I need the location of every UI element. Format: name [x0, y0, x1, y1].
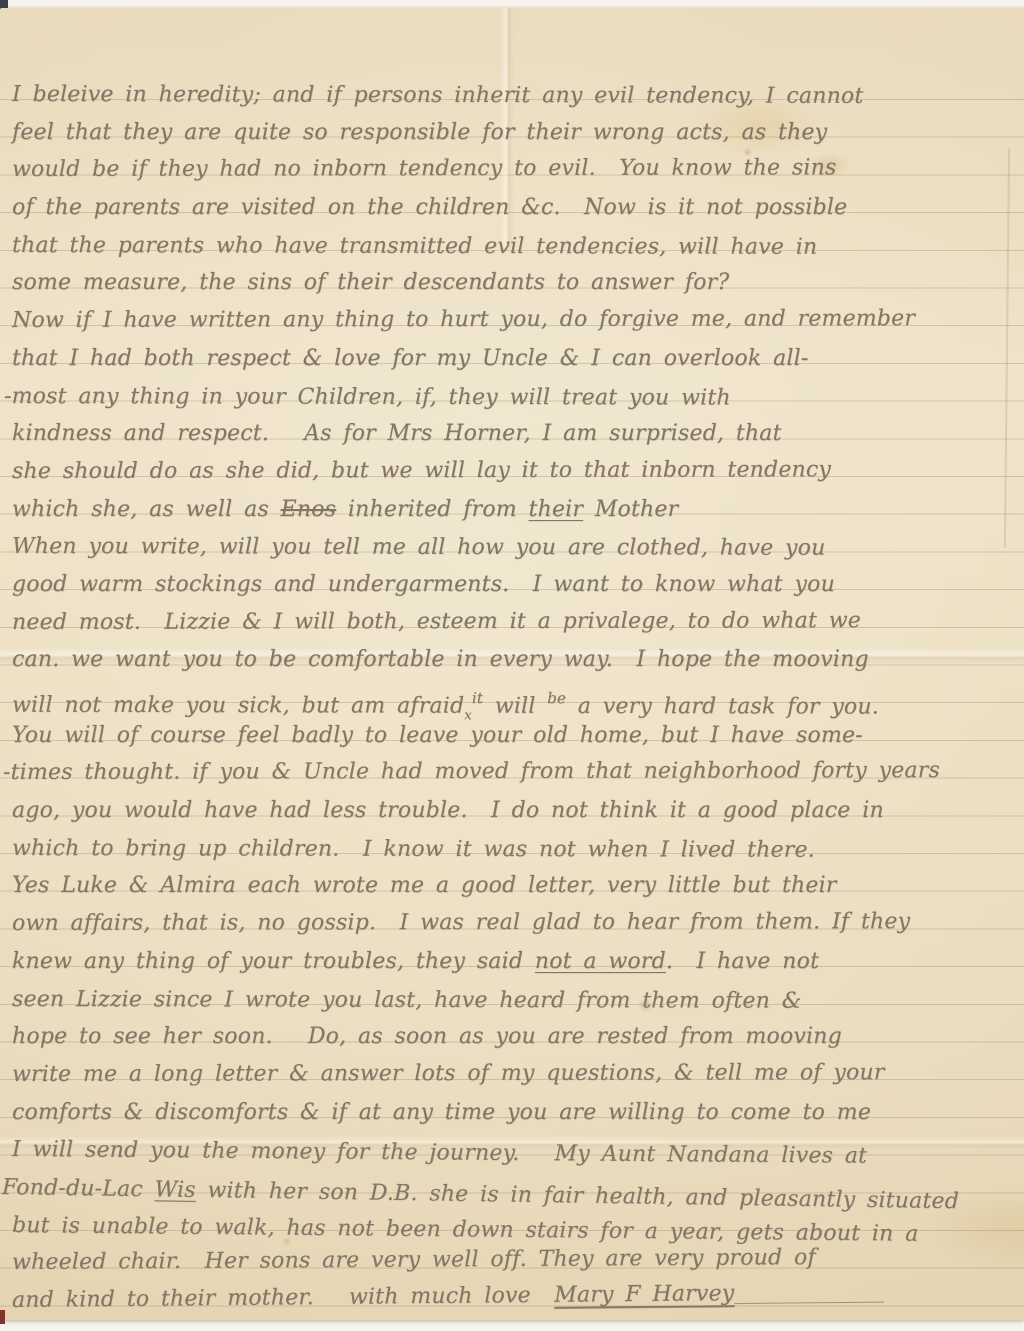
letter-segment: which to bring up children. I know it wa…	[12, 836, 815, 863]
letter-segment-sup: it	[472, 689, 483, 707]
letter-segment: When you write, will you tell me all how…	[12, 534, 826, 561]
letter-segment: hope to see her soon. Do, as soon as you…	[12, 1024, 842, 1049]
letter-line: good warm stockings and undergarments. I…	[12, 566, 1016, 604]
letter-line: would be if they had no inborn tendency …	[12, 149, 1016, 189]
letter-paper: I beleive in heredity; and if persons in…	[0, 8, 1024, 1320]
letter-segment: write me a long letter & answer lots of …	[12, 1060, 885, 1087]
letter-segment: I beleive in heredity; and if persons in…	[12, 82, 863, 109]
letter-segment: that I had both respect & love for my Un…	[12, 346, 809, 371]
letter-segment-caret: x	[464, 708, 472, 723]
letter-line: ago, you would have had less trouble. I …	[12, 792, 1016, 830]
letter-segment-underline: their	[529, 497, 584, 522]
letter-line: When you write, will you tell me all how…	[12, 528, 1016, 568]
letter-line: which to bring up children. I know it wa…	[12, 830, 1016, 870]
letter-line: she should do as she did, but we will la…	[12, 451, 1016, 491]
letter-segment: that the parents who have transmitted ev…	[12, 233, 817, 260]
letter-segment: Fond-du-Lac	[2, 1175, 155, 1202]
letter-line: that the parents who have transmitted ev…	[12, 227, 1016, 267]
letter-segment: feel that they are quite so responsible …	[12, 120, 827, 145]
letter-segment: ago, you would have had less trouble. I …	[12, 798, 884, 823]
letter-segment: . I have not	[666, 949, 819, 974]
letter-scan: I beleive in heredity; and if persons in…	[0, 0, 1024, 1331]
letter-segment: good warm stockings and undergarments. I…	[12, 572, 835, 597]
letter-line: Now if I have written any thing to hurt …	[12, 300, 1016, 340]
letter-segment: inherited from	[336, 497, 528, 522]
letter-line: some measure, the sins of their descenda…	[12, 264, 1016, 302]
letter-line: own affairs, that is, no gossip. I was r…	[12, 903, 1016, 943]
letter-segment: a very hard task for you.	[566, 694, 879, 720]
letter-line: can. we want you to be comfortable in ev…	[12, 641, 1016, 679]
letter-line: hope to see her soon. Do, as soon as you…	[12, 1018, 1016, 1056]
letter-segment: kindness and respect. As for Mrs Horner,…	[12, 421, 782, 446]
letter-segment: of the parents are visited on the childr…	[12, 195, 847, 220]
letter-line: knew any thing of your troubles, they sa…	[12, 943, 1016, 981]
letter-line: will not make you sick, but am afraidxit…	[12, 679, 1016, 719]
letter-line: feel that they are quite so responsible …	[12, 114, 1016, 152]
letter-line: which she, as well as Enos inherited fro…	[12, 491, 1016, 529]
letter-segment: comforts & discomforts & if at any time …	[12, 1100, 871, 1125]
letter-segment-underline: not a word	[535, 949, 666, 974]
letter-segment: and kind to their mother. with much love	[12, 1283, 554, 1313]
letter-line: I beleive in heredity; and if persons in…	[12, 76, 1016, 116]
letter-segment-underline: Wis	[154, 1177, 196, 1203]
letter-segment: own affairs, that is, no gossip. I was r…	[12, 909, 910, 936]
letter-segment: would be if they had no inborn tendency …	[12, 156, 837, 183]
letter-segment: I will send you the money for the journe…	[12, 1137, 867, 1169]
letter-line: kindness and respect. As for Mrs Horner,…	[12, 415, 1016, 453]
letter-segment: Mother	[583, 497, 678, 522]
letter-segment: need most. Lizzie & I will both, esteem …	[12, 608, 861, 635]
letter-segment: which she, as well as	[12, 497, 281, 522]
letter-body: I beleive in heredity; and if persons in…	[12, 76, 1016, 1320]
letter-segment: she should do as she did, but we will la…	[12, 457, 831, 484]
letter-line: that I had both respect & love for my Un…	[12, 340, 1016, 378]
letter-segment: Yes Luke & Almira each wrote me a good l…	[12, 873, 837, 898]
letter-line: You will of course feel badly to leave y…	[12, 717, 1016, 755]
letter-segment: with her son D.B. she is in fair health,…	[196, 1178, 960, 1214]
letter-segment: -times thought. if you & Uncle had moved…	[3, 758, 940, 785]
letter-line: write me a long letter & answer lots of …	[12, 1054, 1016, 1094]
letter-line: I will send you the money for the journe…	[12, 1131, 1016, 1177]
letter-segment: wheeled chair. Her sons are very well of…	[12, 1245, 816, 1275]
letter-segment-sup: be	[547, 689, 566, 707]
letter-segment: Now if I have written any thing to hurt …	[12, 306, 915, 333]
letter-line: -times thought. if you & Uncle had moved…	[3, 752, 1016, 792]
letter-line: need most. Lizzie & I will both, esteem …	[12, 602, 1016, 642]
letter-segment: will not make you sick, but am afraid	[12, 693, 464, 719]
letter-segment-strike: Enos	[281, 497, 337, 522]
letter-line: -most any thing in your Children, if, th…	[4, 378, 1016, 418]
letter-segment: some measure, the sins of their descenda…	[12, 270, 729, 295]
letter-segment: seen Lizzie since I wrote you last, have…	[12, 987, 802, 1014]
letter-line: of the parents are visited on the childr…	[12, 189, 1016, 227]
letter-line: seen Lizzie since I wrote you last, have…	[12, 981, 1016, 1021]
letter-segment-signature: Mary F Harvey	[554, 1280, 884, 1308]
letter-line: comforts & discomforts & if at any time …	[12, 1094, 1016, 1132]
letter-segment: will	[483, 694, 547, 719]
scan-corner-mark-bottom-left	[0, 1310, 5, 1324]
letter-segment: You will of course feel badly to leave y…	[12, 723, 863, 748]
letter-line: Yes Luke & Almira each wrote me a good l…	[12, 867, 1016, 905]
letter-segment: can. we want you to be comfortable in ev…	[12, 647, 869, 672]
letter-segment: knew any thing of your troubles, they sa…	[12, 949, 535, 974]
letter-segment: -most any thing in your Children, if, th…	[4, 384, 731, 411]
